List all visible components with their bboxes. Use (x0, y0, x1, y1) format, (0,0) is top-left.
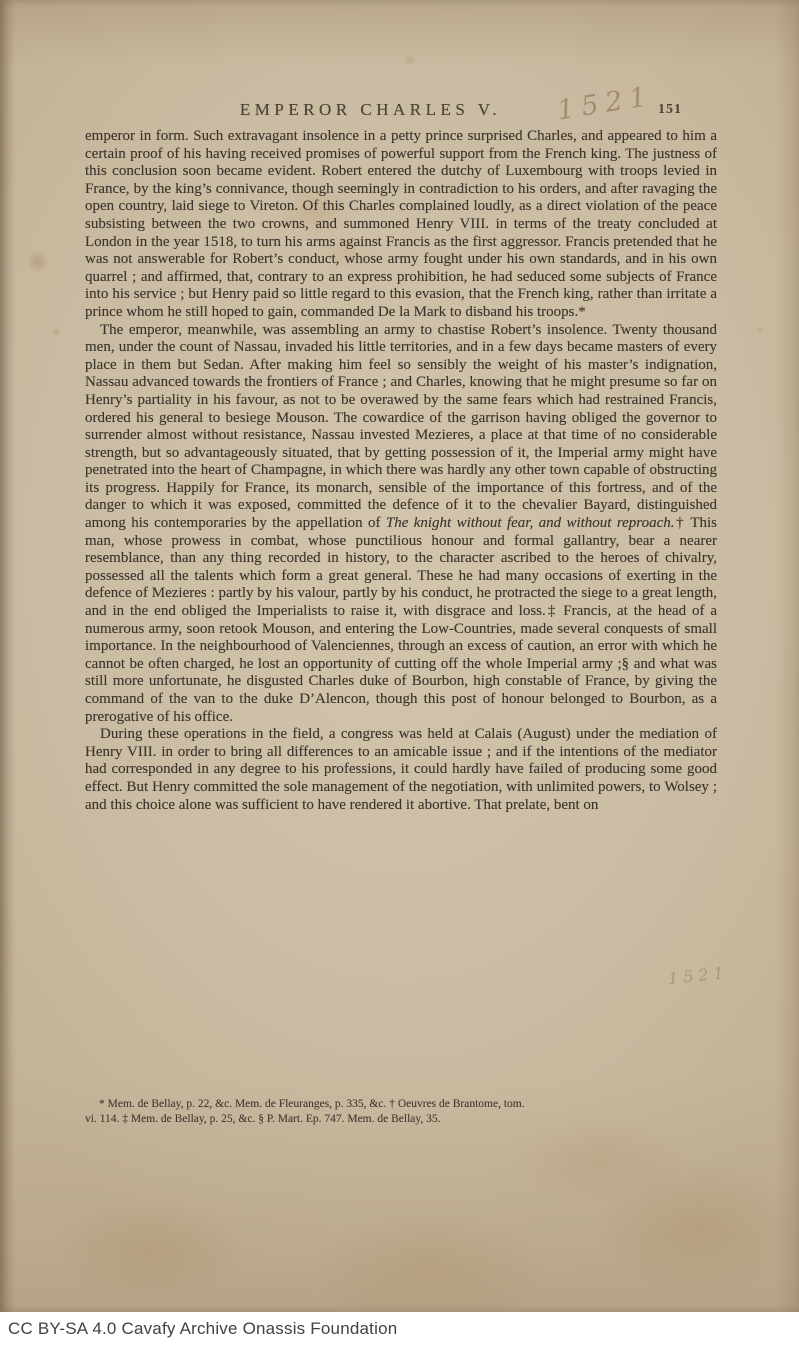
footnote-line-1: * Mem. de Bellay, p. 22, &c. Mem. de Fle… (85, 1097, 733, 1112)
paragraph-2-italic-epithet: The knight without fear, and without rep… (386, 515, 675, 531)
license-attribution-bar: CC BY-SA 4.0 Cavafy Archive Onassis Foun… (0, 1312, 799, 1346)
screenshot-root: EMPEROR CHARLES V. 1521 151 emperor in f… (0, 0, 799, 1346)
footnote-line-2: vi. 114. ‡ Mem. de Bellay, p. 25, &c. § … (85, 1112, 733, 1127)
page-header: EMPEROR CHARLES V. 1521 151 (85, 100, 716, 124)
page-number: 151 (658, 102, 682, 118)
paragraph-2-lead: The emperor, meanwhile, was assembling a… (85, 322, 717, 532)
paragraph-2-tail: † This man, whose prowess in combat, who… (85, 515, 717, 725)
scanned-book-page: EMPEROR CHARLES V. 1521 151 emperor in f… (0, 0, 799, 1312)
body-text-column: emperor in form. Such extravagant insole… (85, 128, 717, 814)
paragraph-3: During these operations in the field, a … (85, 726, 717, 814)
footnotes-block: * Mem. de Bellay, p. 22, &c. Mem. de Fle… (85, 1097, 733, 1127)
handwritten-margin-note: 1521 (667, 963, 729, 988)
paragraph-2: The emperor, meanwhile, was assembling a… (85, 322, 717, 727)
paragraph-1: emperor in form. Such extravagant insole… (85, 128, 717, 322)
license-attribution-text: CC BY-SA 4.0 Cavafy Archive Onassis Foun… (8, 1319, 397, 1339)
